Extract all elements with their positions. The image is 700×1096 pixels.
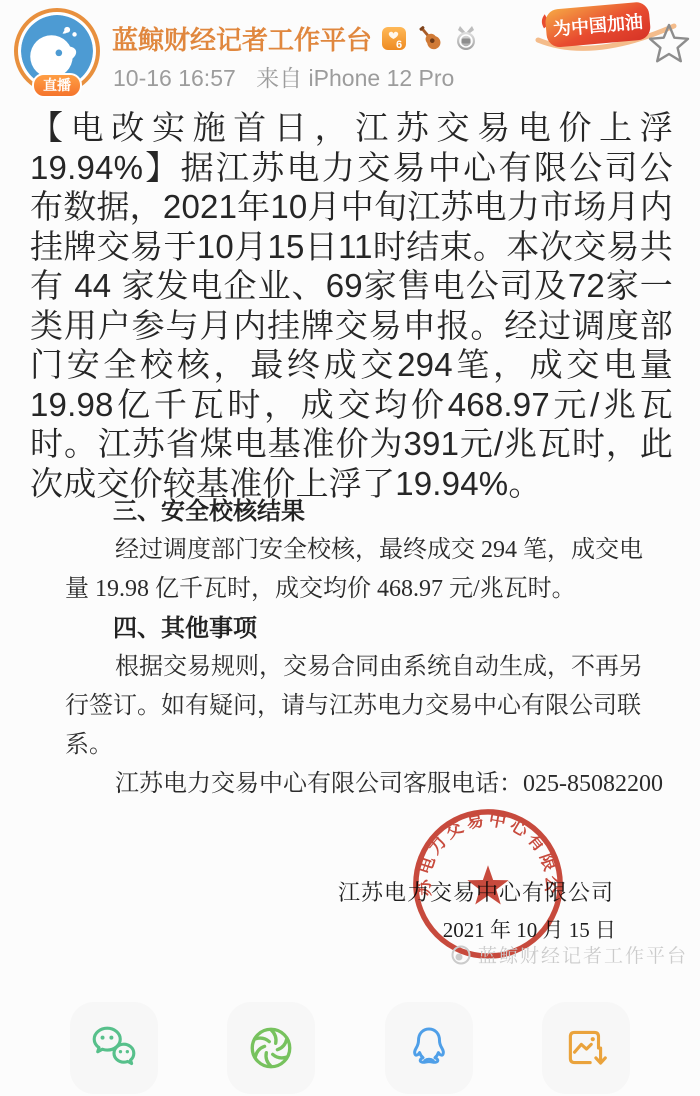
- avatar[interactable]: 直播: [14, 8, 100, 94]
- share-bar: [0, 1000, 700, 1096]
- weibo-post-screen: 直播 蓝鲸财经记者工作平台 6: [0, 0, 700, 1096]
- medal-badge-icon[interactable]: [452, 24, 480, 52]
- vip-level-badge-icon[interactable]: 6: [380, 24, 408, 52]
- doc-section3-body: 经过调度部门安全校核，最终成交 294 笔，成交电量 19.98 亿千瓦时，成交…: [65, 531, 650, 609]
- doc-section4-heading: 四、其他事项: [65, 609, 650, 648]
- doc-section3-heading: 三、安全校核结果: [65, 492, 650, 531]
- doc-section4-body: 根据交易规则，交易合同由系统自动生成，不再另行签订。如有疑问，请与江苏电力交易中…: [65, 648, 650, 765]
- favorite-star-icon[interactable]: [646, 22, 692, 68]
- post-meta: 10-16 16:57 来自 iPhone 12 Pro: [113, 60, 454, 93]
- post-text: 【电改实施首日，江苏交易电价上浮19.94%】据江苏电力交易中心有限公司公布数据…: [30, 108, 673, 503]
- moments-aperture-icon: [246, 1023, 296, 1073]
- watermark-text: 蓝鲸财经记者工作平台: [478, 941, 688, 968]
- save-image-button[interactable]: [550, 1006, 622, 1090]
- watermark-whale-icon: [450, 944, 472, 966]
- timestamp: 10-16 16:57: [113, 65, 236, 91]
- svg-text:6: 6: [396, 39, 402, 51]
- live-badge[interactable]: 直播: [32, 73, 82, 98]
- username[interactable]: 蓝鲸财经记者工作平台: [112, 20, 372, 57]
- share-qq-button[interactable]: [393, 1006, 465, 1090]
- post-source[interactable]: 来自 iPhone 12 Pro: [256, 65, 454, 91]
- qq-penguin-icon: [405, 1023, 453, 1073]
- wechat-icon: [89, 1023, 139, 1073]
- watermark: 蓝鲸财经记者工作平台: [450, 941, 688, 968]
- picture-download-icon: [561, 1023, 611, 1073]
- seal-star-icon: [467, 865, 508, 904]
- share-wechat-button[interactable]: [78, 1006, 150, 1090]
- share-moments-button[interactable]: [235, 1006, 307, 1090]
- document-image: 三、安全校核结果 经过调度部门安全校核，最终成交 294 笔，成交电量 19.9…: [65, 492, 650, 804]
- user-badges: 6: [380, 24, 480, 52]
- guitar-icon[interactable]: [416, 24, 444, 52]
- doc-hotline: 江苏电力交易中心有限公司客服电话：025-85082200: [65, 765, 650, 804]
